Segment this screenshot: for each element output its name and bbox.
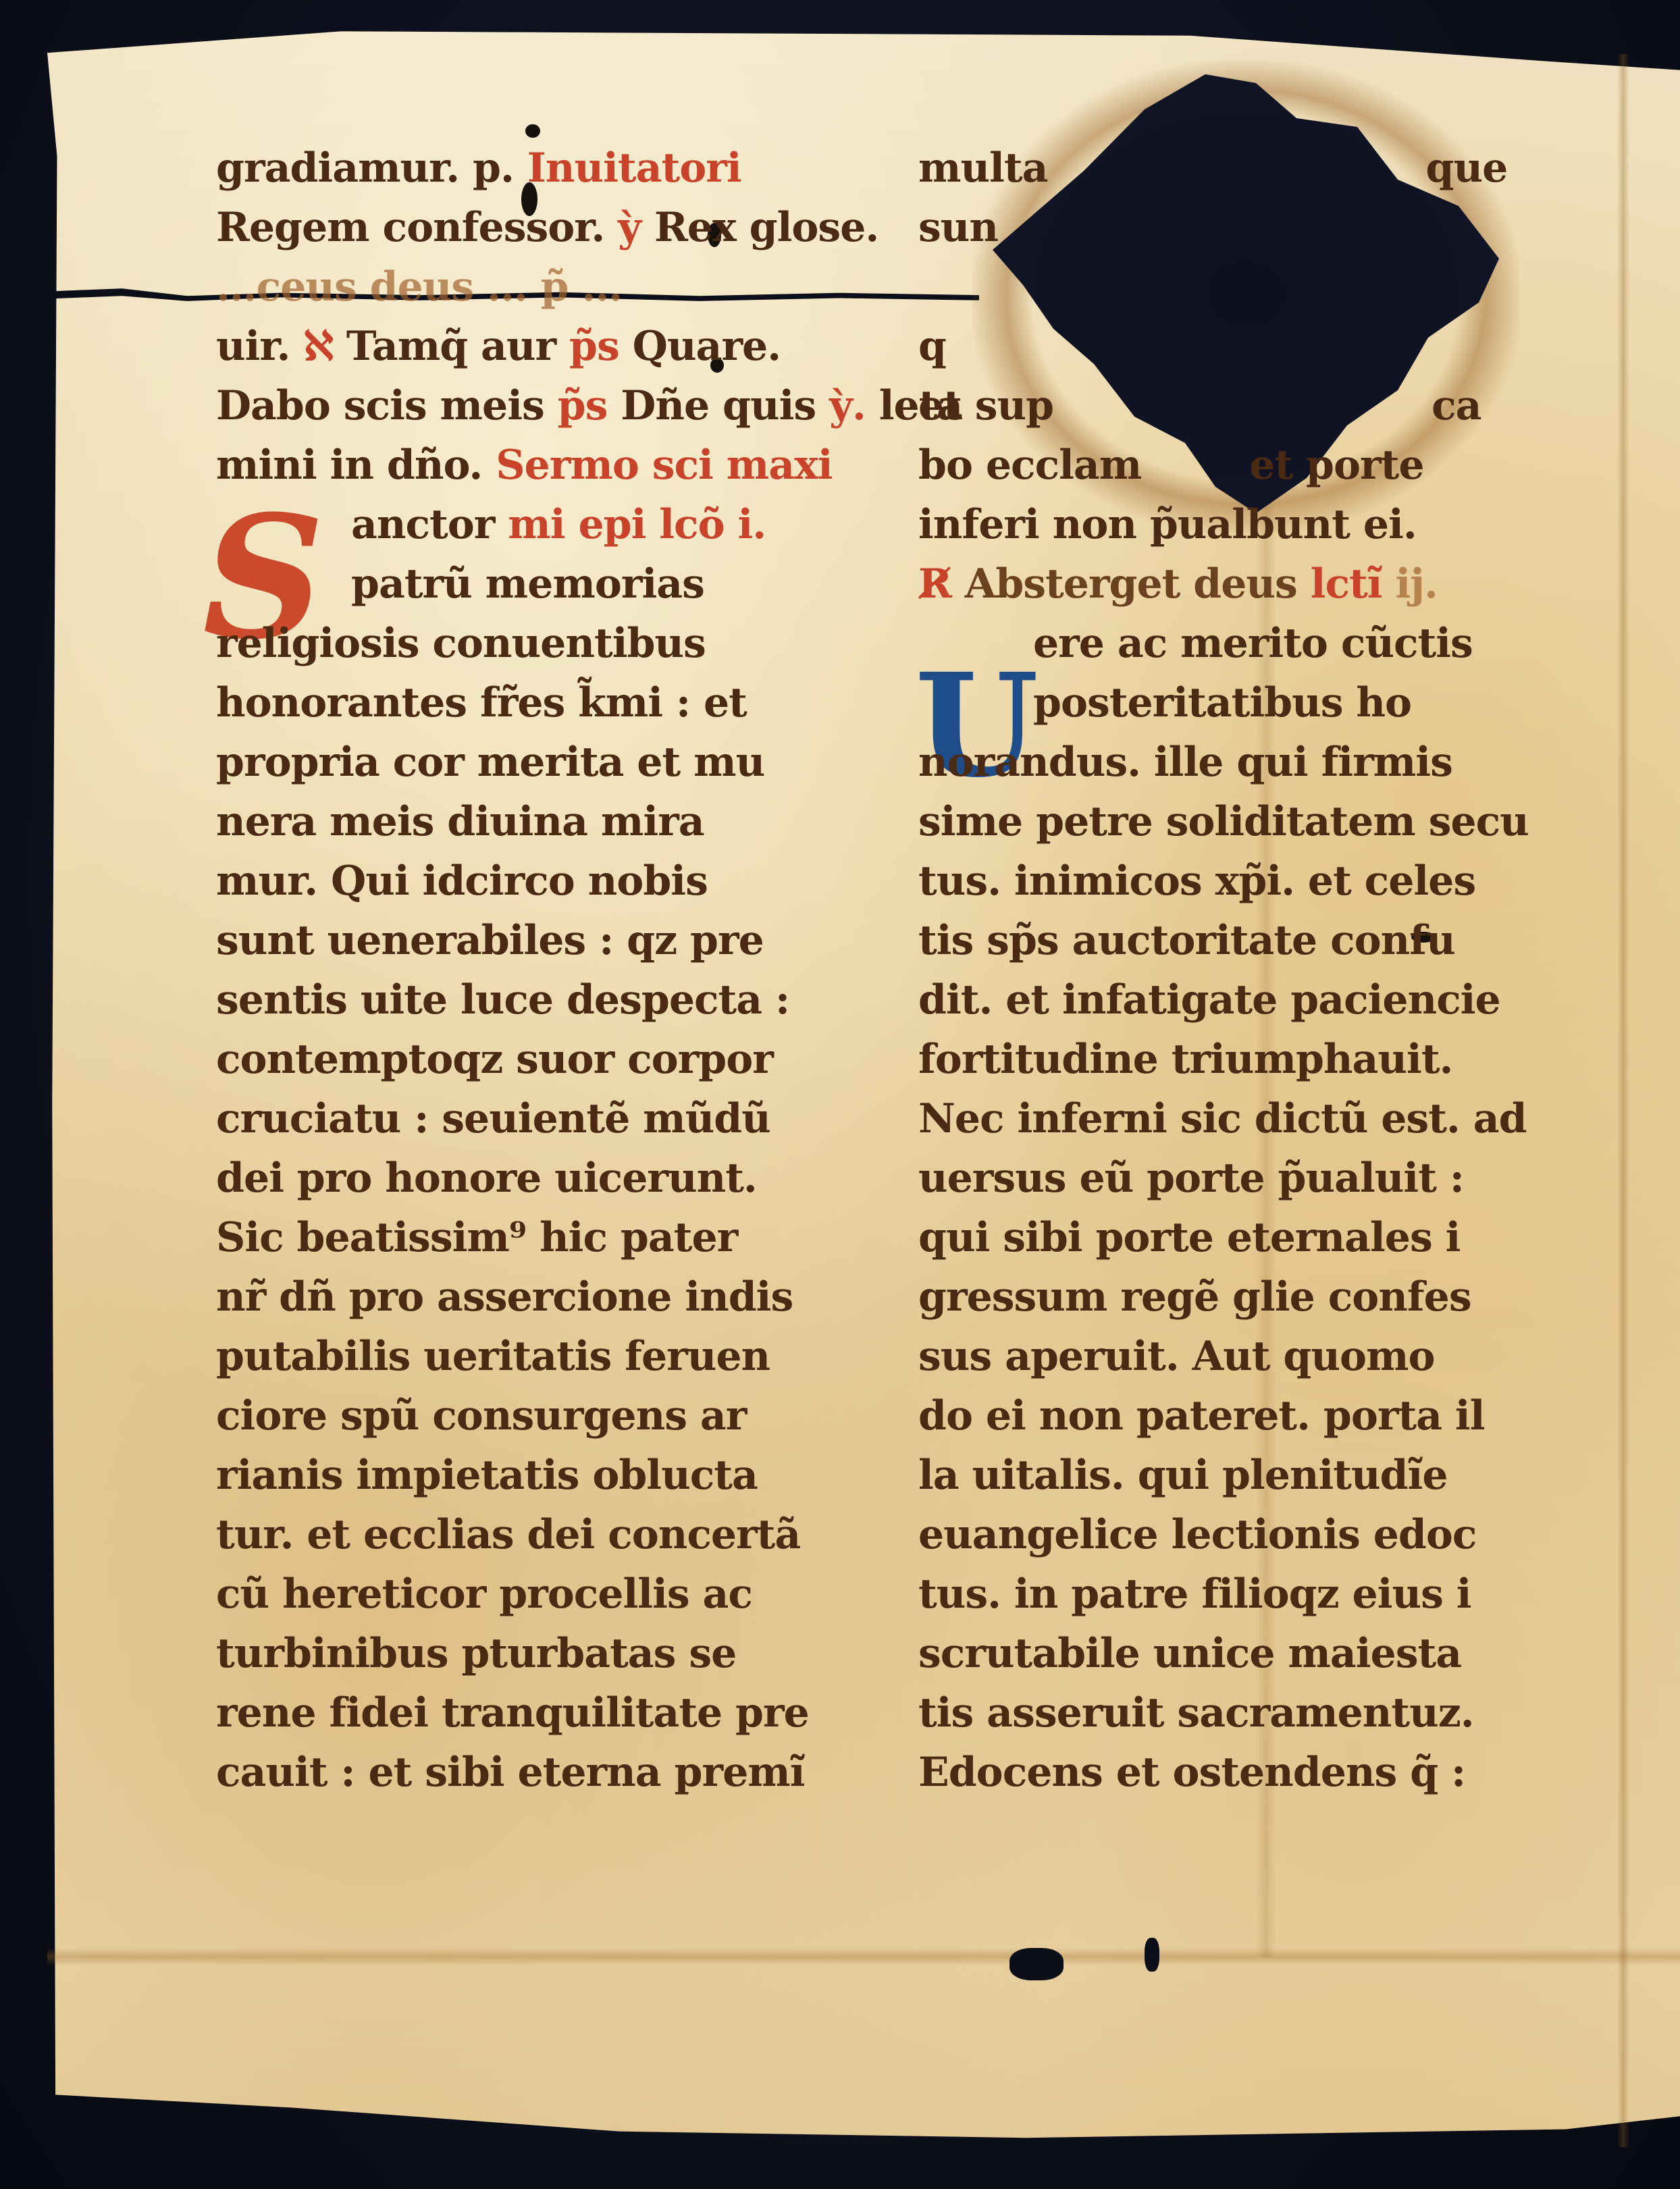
text-line: qui sibi porte eternales i bbox=[918, 1208, 1513, 1267]
rubric-text: ỳ. bbox=[829, 382, 866, 429]
text-fragment: Regem confessor. bbox=[216, 204, 604, 251]
text-line: dit. et infatigate paciencie bbox=[918, 970, 1513, 1030]
rubric-text: lctĩ bbox=[1311, 560, 1382, 608]
text-line: inferi non p̃ualbunt ei. bbox=[918, 495, 1513, 554]
text-line: tus. inimicos xp̃i. et celes bbox=[918, 851, 1513, 911]
text-line: multaque bbox=[918, 138, 1513, 198]
text-line bbox=[918, 257, 1513, 317]
rubric-text: mi epi lcõ i. bbox=[508, 501, 766, 548]
text-line: tur. et ecclias dei concertã bbox=[216, 1505, 824, 1564]
text-line: sunt uenerabiles : qz pre bbox=[216, 911, 824, 970]
bottom-hole-small bbox=[1145, 1938, 1159, 1972]
rubric-text: ỳ bbox=[618, 204, 641, 251]
text-line: Edocens et ostendens q̃ : bbox=[918, 1743, 1513, 1802]
bottom-hole bbox=[1009, 1948, 1064, 1980]
text-line: putabilis ueritatis feruen bbox=[216, 1327, 824, 1386]
text-fragment: Rex glose. bbox=[654, 204, 878, 251]
text-line-faint: ...ceus deus ... p̃ ... bbox=[216, 257, 824, 317]
text-line: q bbox=[918, 317, 1513, 376]
text-line: fortitudine triumphauit. bbox=[918, 1030, 1513, 1089]
right-text-column: multaque sun q et supca bo ecclamet port… bbox=[918, 138, 1513, 1802]
text-line: norandus. ille qui firmis bbox=[918, 733, 1513, 792]
text-fragment: Absterget deus bbox=[965, 560, 1297, 608]
text-line: ere ac merito cũctis bbox=[918, 614, 1513, 673]
text-line: do ei non pateret. porta il bbox=[918, 1386, 1513, 1446]
text-line: rianis impietatis oblucta bbox=[216, 1446, 824, 1505]
rubric-text: ij. bbox=[1395, 560, 1437, 608]
text-fragment: multa bbox=[918, 144, 1048, 192]
ink-spot bbox=[525, 124, 540, 138]
text-line: tis sp̃s auctoritate confu bbox=[918, 911, 1513, 970]
text-fragment: et sup bbox=[918, 382, 1053, 429]
text-line: contemptoqz suor corpor bbox=[216, 1030, 824, 1089]
text-fragment: anctor bbox=[351, 501, 494, 548]
text-line: uir. ℵ Tamq̃ aur p̃s Quare. bbox=[216, 317, 824, 376]
text-line: tus. in patre filioqz eius i bbox=[918, 1564, 1513, 1624]
text-line: sun bbox=[918, 198, 1513, 257]
text-line: ciore spũ consurgens ar bbox=[216, 1386, 824, 1446]
text-line: anctor mi epi lcõ i. bbox=[216, 495, 824, 554]
text-line: patrũ memorias bbox=[216, 554, 824, 614]
text-line: religiosis conuentibus bbox=[216, 614, 824, 673]
text-line: propria cor merita et mu bbox=[216, 733, 824, 792]
text-line: euangelice lectionis edoc bbox=[918, 1505, 1513, 1564]
text-fragment: Tamq̃ aur bbox=[346, 323, 556, 370]
rubric-text: ℵ bbox=[303, 323, 333, 370]
text-line: sime petre soliditatem secu bbox=[918, 792, 1513, 851]
text-fragment: gradiamur. p. bbox=[216, 144, 514, 192]
text-line: cũ hereticor procellis ac bbox=[216, 1564, 824, 1624]
text-line: nera meis diuina mira bbox=[216, 792, 824, 851]
text-fragment: mini in dño. bbox=[216, 442, 482, 489]
text-line: bo ecclamet porte bbox=[918, 436, 1513, 495]
text-line: Dabo scis meis p̃s Dñe quis ỳ. leta bbox=[216, 376, 824, 436]
text-line: posteritatibus ho bbox=[918, 673, 1513, 733]
text-fragment: et porte bbox=[1249, 442, 1423, 489]
text-line: la uitalis. qui plenitudĩe bbox=[918, 1446, 1513, 1505]
text-line: tis asseruit sacramentuz. bbox=[918, 1683, 1513, 1743]
text-line: rene fidei tranquilitate pre bbox=[216, 1683, 824, 1743]
text-line: R̸ Absterget deus lctĩ ij. bbox=[918, 554, 1513, 614]
rubric-text: Inuitatori bbox=[527, 144, 741, 192]
rubric-text: Sermo sci maxi bbox=[496, 442, 832, 489]
text-line: sus aperuit. Aut quomo bbox=[918, 1327, 1513, 1386]
text-line: gradiamur. p. Inuitatori bbox=[216, 138, 824, 198]
rubric-text: R̸ bbox=[918, 560, 951, 608]
text-line: uersus eũ porte p̃ualuit : bbox=[918, 1149, 1513, 1208]
text-line: cruciatu : seuientẽ mũdũ bbox=[216, 1089, 824, 1149]
text-fragment: uir. bbox=[216, 323, 290, 370]
text-fragment: bo ecclam bbox=[918, 442, 1141, 489]
text-line: Sic beatissim⁹ hic pater bbox=[216, 1208, 824, 1267]
rubric-text: p̃s bbox=[558, 382, 608, 429]
text-line: cauit : et sibi eterna premĩ bbox=[216, 1743, 824, 1802]
text-fragment: Quare. bbox=[633, 323, 781, 370]
text-line: dei pro honore uicerunt. bbox=[216, 1149, 824, 1208]
text-line: nr̃ dñ pro assercione indis bbox=[216, 1267, 824, 1327]
text-line: Regem confessor. ỳ Rex glose. bbox=[216, 198, 824, 257]
text-line: turbinibus pturbatas se bbox=[216, 1624, 824, 1683]
text-line: Nec inferni sic dictũ est. ad bbox=[918, 1089, 1513, 1149]
text-line: scrutabile unice maiesta bbox=[918, 1624, 1513, 1683]
text-fragment: ca bbox=[1432, 382, 1481, 429]
text-line: et supca bbox=[918, 376, 1513, 436]
text-line: sentis uite luce despecta : bbox=[216, 970, 824, 1030]
text-line: mur. Qui idcirco nobis bbox=[216, 851, 824, 911]
text-fragment: Dabo scis meis bbox=[216, 382, 544, 429]
text-line: gressum regẽ glie confes bbox=[918, 1267, 1513, 1327]
left-text-column: gradiamur. p. Inuitatori Regem confessor… bbox=[216, 138, 824, 1802]
text-line: honorantes fr̃es k̃mi : et bbox=[216, 673, 824, 733]
text-fragment: que bbox=[1426, 144, 1508, 192]
text-fragment: Dñe quis bbox=[621, 382, 816, 429]
rubric-text: p̃s bbox=[569, 323, 619, 370]
text-line: mini in dño. Sermo sci maxi bbox=[216, 436, 824, 495]
